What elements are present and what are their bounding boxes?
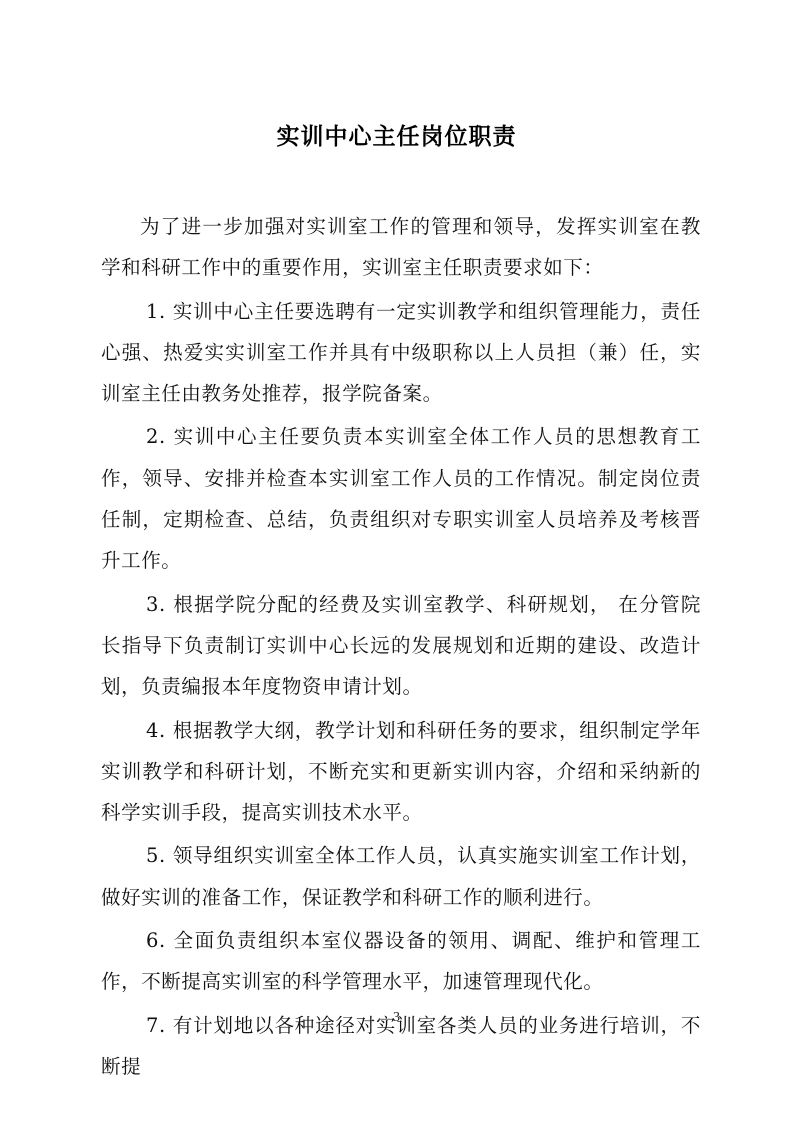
duty-item-1: 1. 实训中心主任要选聘有一定实训教学和组织管理能力，责任心强、热爱实实训室工作… (101, 291, 701, 415)
page-number: 3 (0, 1010, 793, 1026)
duty-item-6: 6. 全面负责组织本室仪器设备的领用、调配、维护和管理工作，不断提高实训室的科学… (101, 920, 701, 1003)
intro-paragraph: 为了进一步加强对实训室工作的管理和领导，发挥实训室在教学和科研工作中的重要作用，… (101, 206, 701, 289)
duty-item-3: 3. 根据学院分配的经费及实训室教学、科研规划， 在分管院长指导下负责制订实训中… (101, 584, 701, 708)
document-body: 为了进一步加强对实训室工作的管理和领导，发挥实训室在教学和科研工作中的重要作用，… (101, 206, 701, 1089)
document-title: 实训中心主任岗位职责 (0, 118, 793, 151)
document-page: 实训中心主任岗位职责 为了进一步加强对实训室工作的管理和领导，发挥实训室在教学和… (0, 0, 793, 1122)
duty-item-4: 4. 根据教学大纲，教学计划和科研任务的要求，组织制定学年实训教学和科研计划，不… (101, 710, 701, 834)
duty-item-5: 5. 领导组织实训室全体工作人员，认真实施实训室工作计划， 做好实训的准备工作，… (101, 835, 701, 918)
duty-item-2: 2. 实训中心主任要负责本实训室全体工作人员的思想教育工作，领导、安排并检查本实… (101, 416, 701, 581)
